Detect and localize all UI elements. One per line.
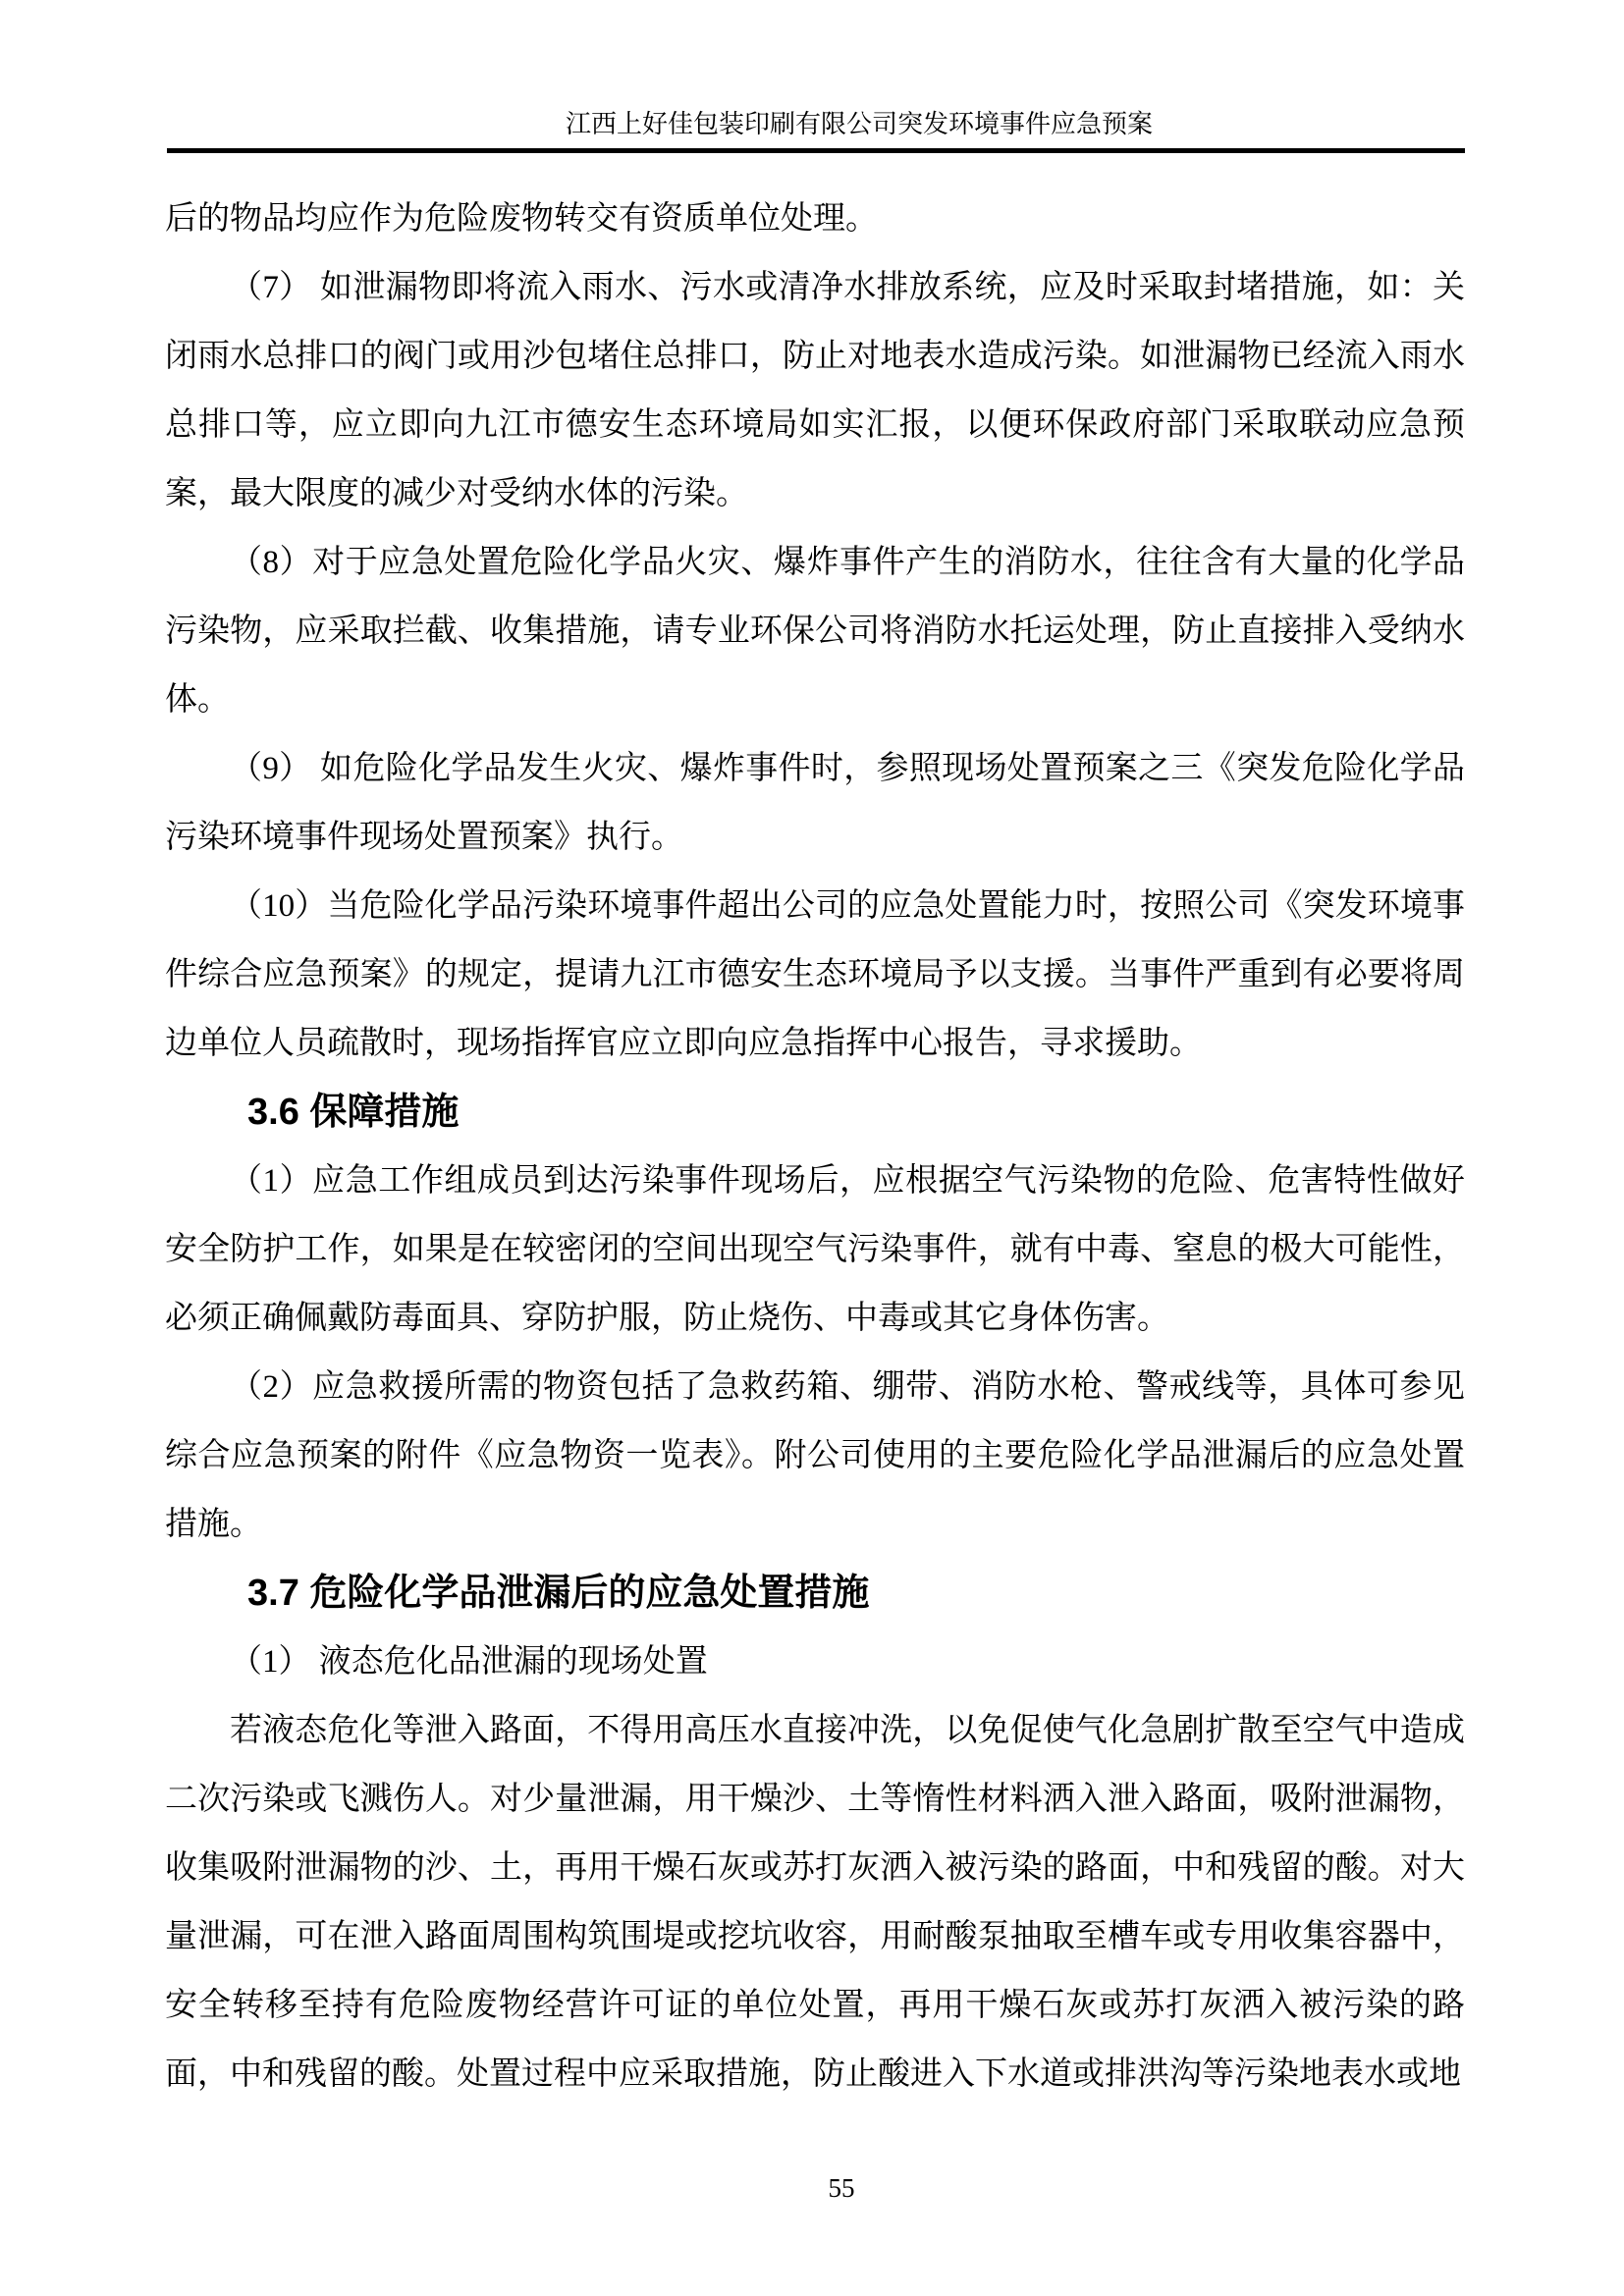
page-header: 江西上好佳包装印刷有限公司突发环境事件应急预案 [47, 108, 1624, 141]
page-footer: 55 [29, 2171, 1624, 2205]
header-rule [167, 148, 1465, 153]
section-heading-3-7: 3.7 危险化学品泄漏后的应急处置措施 [247, 1559, 1465, 1628]
paragraph-safeguard-1: （1）应急工作组成员到达污染事件现场后，应根据空气污染物的危险、危害特性做好安全… [165, 1147, 1465, 1353]
subitem-heading-liquid-spill: （1） 液态危化品泄漏的现场处置 [165, 1628, 1465, 1696]
section-heading-3-6: 3.6 保障措施 [247, 1078, 1465, 1147]
paragraph-item-7: （7） 如泄漏物即将流入雨水、污水或清净水排放系统，应及时采取封堵措施，如：关闭… [165, 253, 1465, 528]
paragraph-continuation: 后的物品均应作为危险废物转交有资质单位处理。 [165, 185, 1465, 253]
header-title: 江西上好佳包装印刷有限公司突发环境事件应急预案 [566, 110, 1153, 138]
document-page: 江西上好佳包装印刷有限公司突发环境事件应急预案 后的物品均应作为危险废物转交有资… [0, 0, 1624, 2296]
paragraph-item-8: （8）对于应急处置危险化学品火灾、爆炸事件产生的消防水，往往含有大量的化学品污染… [165, 528, 1465, 734]
page-number: 55 [829, 2173, 855, 2203]
paragraph-item-9: （9） 如危险化学品发生火灾、爆炸事件时，参照现场处置预案之三《突发危险化学品污… [165, 734, 1465, 872]
paragraph-item-10: （10）当危险化学品污染环境事件超出公司的应急处置能力时，按照公司《突发环境事件… [165, 872, 1465, 1078]
paragraph-liquid-spill-response: 若液态危化等泄入路面，不得用高压水直接冲洗，以免促使气化急剧扩散至空气中造成二次… [165, 1696, 1465, 2109]
document-body: 后的物品均应作为危险废物转交有资质单位处理。 （7） 如泄漏物即将流入雨水、污水… [165, 185, 1465, 2109]
paragraph-safeguard-2: （2）应急救援所需的物资包括了急救药箱、绷带、消防水枪、警戒线等，具体可参见综合… [165, 1353, 1465, 1559]
